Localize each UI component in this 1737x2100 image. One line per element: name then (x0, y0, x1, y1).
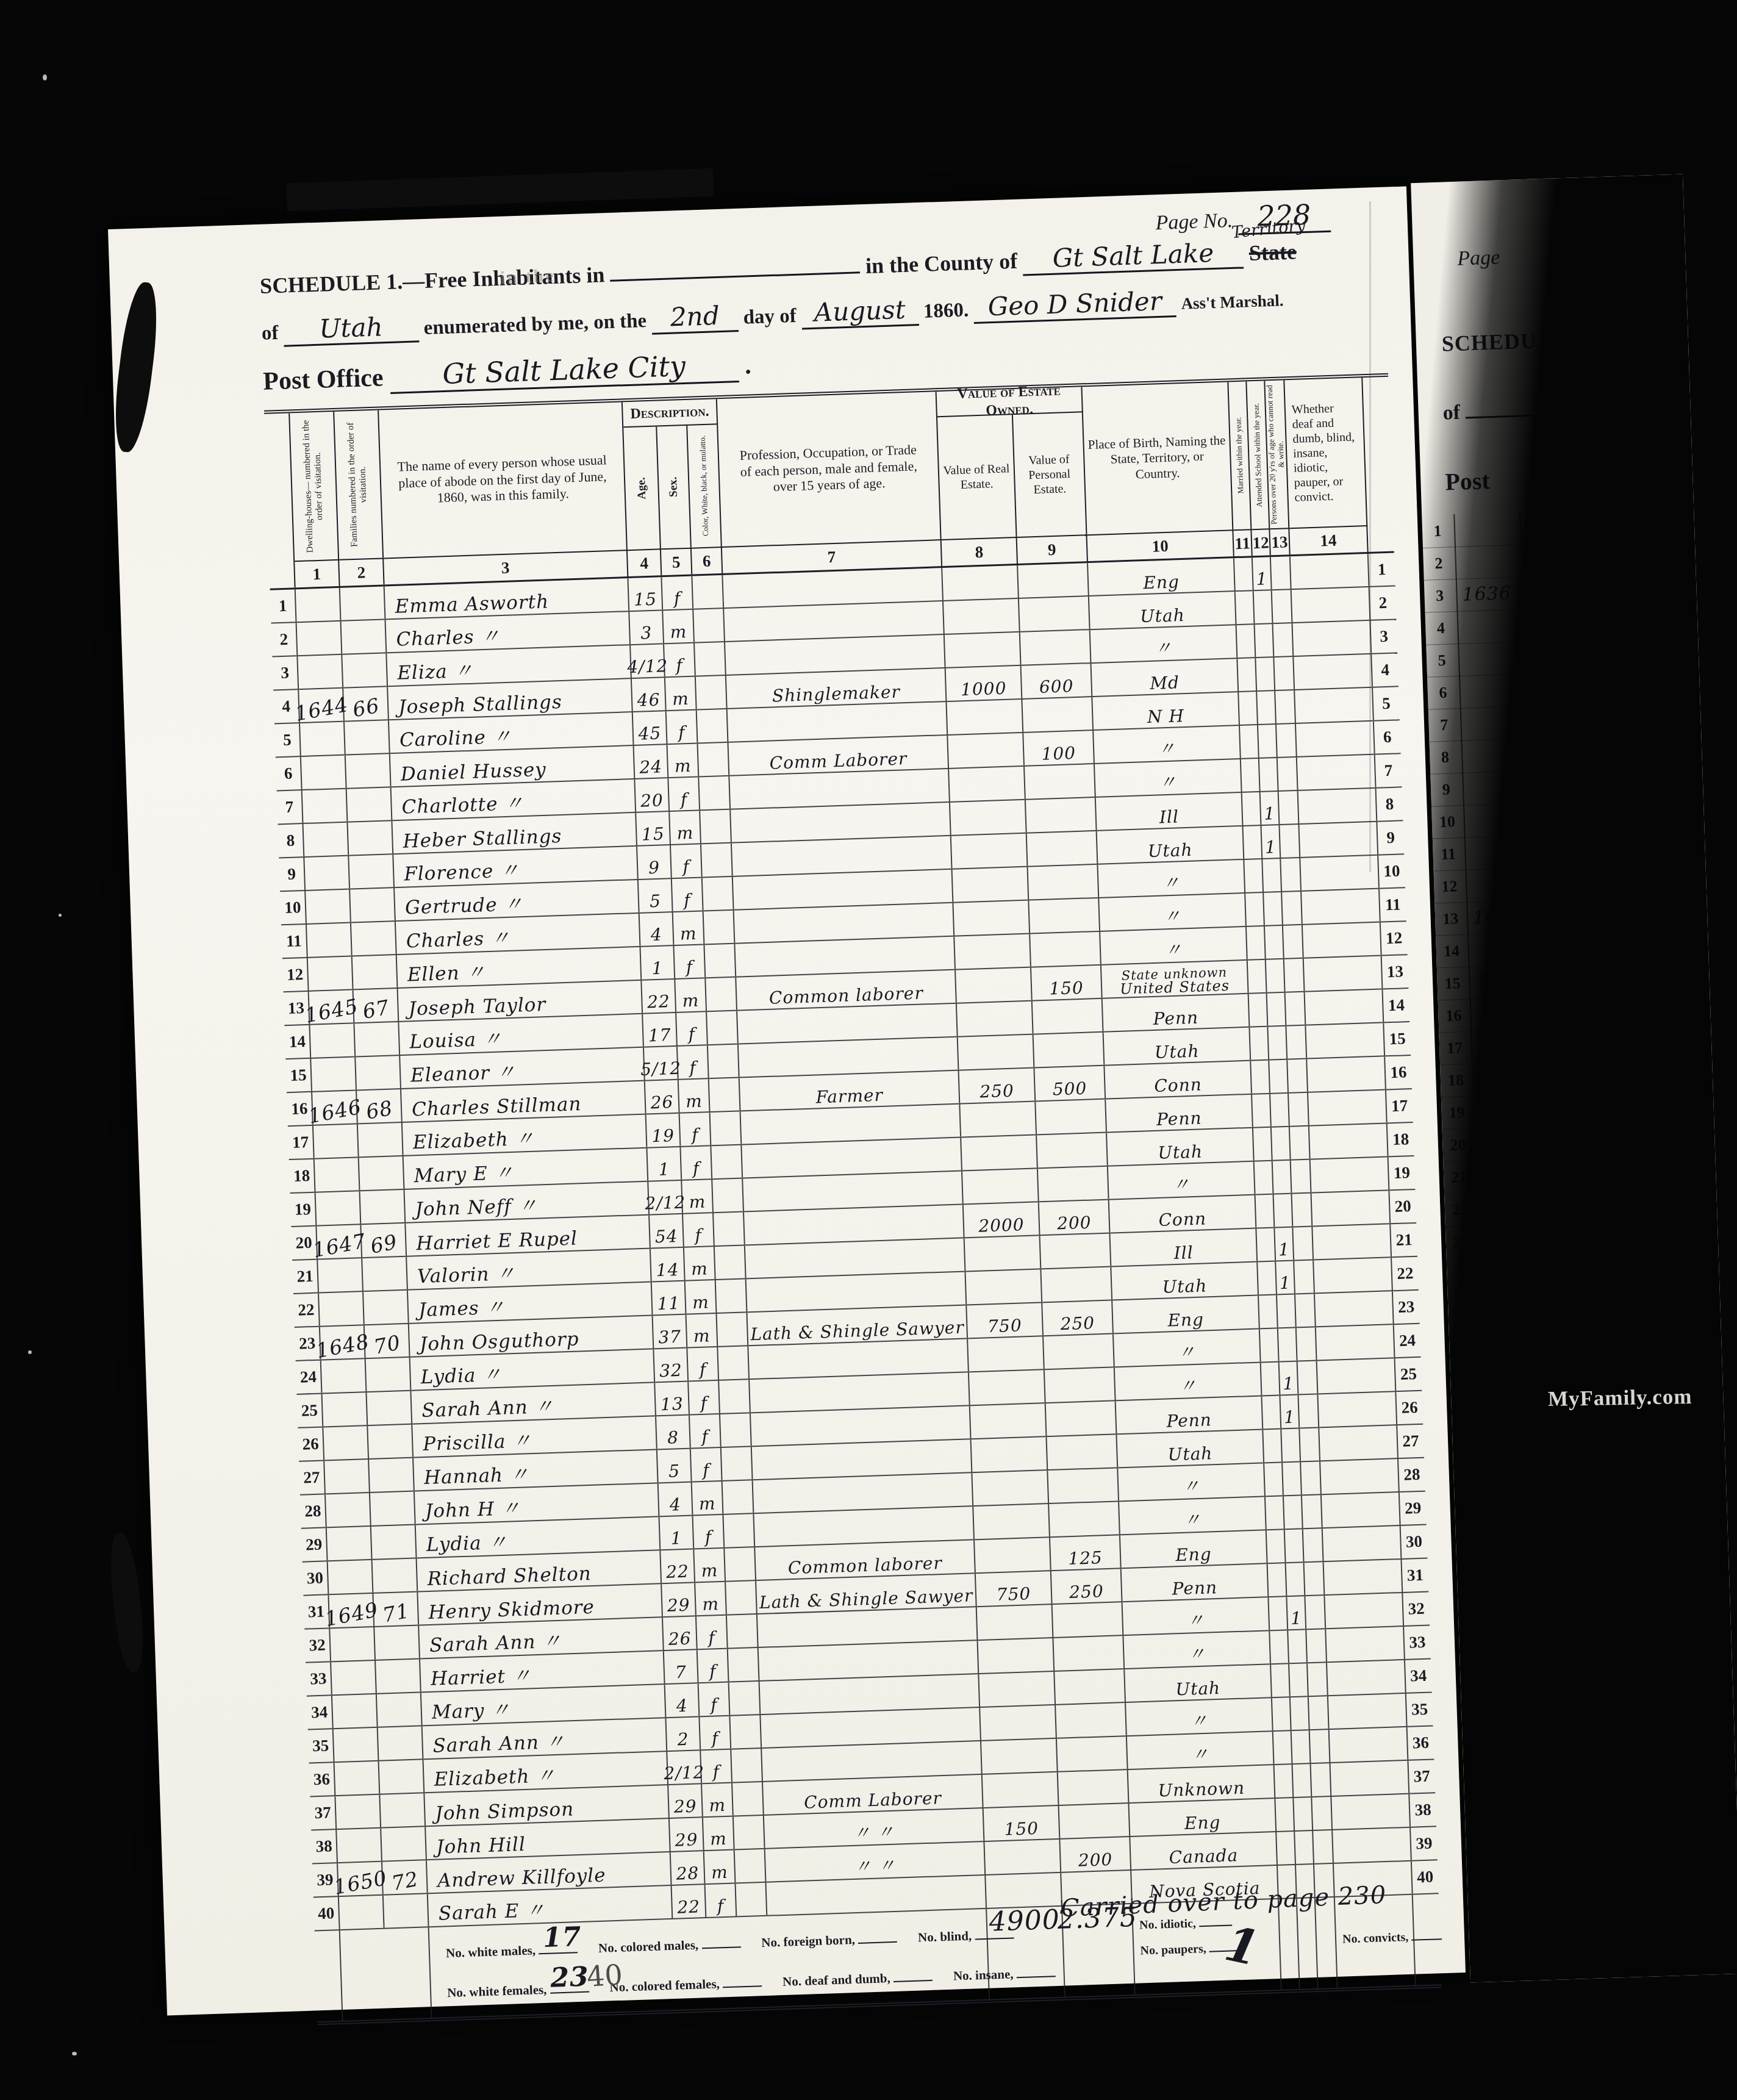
cell-sex: f (676, 1012, 708, 1045)
enumerated-label: enumerated by me, on the (423, 310, 647, 339)
row-number-left: 10 (280, 891, 307, 924)
cell-age: 4/12 (631, 644, 665, 678)
cell-family (368, 1425, 414, 1458)
cell-infirmities (1305, 989, 1384, 1024)
cell-family (353, 955, 398, 989)
cell-infirmities (1306, 1023, 1385, 1058)
of-label: of (261, 322, 279, 345)
cell-married-within-year (1260, 1328, 1280, 1361)
cell-occupation (751, 1406, 972, 1446)
cell-color (695, 642, 726, 676)
cell-sex: f (683, 1213, 715, 1247)
cell-color (730, 1715, 762, 1749)
cell-real-estate: 750 (976, 1571, 1053, 1606)
cell-real-estate (984, 1840, 1061, 1874)
cell-dwelling (300, 722, 346, 756)
row-number-right: 36 (1408, 1726, 1434, 1759)
cell-married-within-year (1268, 1563, 1288, 1596)
scan-speck (72, 2052, 77, 2055)
cell-occupation (733, 870, 954, 909)
cell-dwelling (316, 1191, 362, 1225)
cell-family (356, 1056, 401, 1089)
cell-dwelling (319, 1292, 365, 1325)
cell-sex: f (668, 777, 700, 811)
cell-attended-school (1269, 1060, 1289, 1093)
column-number: 5 (661, 548, 692, 576)
offset-print-ghost: in the (500, 265, 556, 289)
cell-real-estate: 1000 (946, 666, 1023, 701)
cell-cannot-read-write (1298, 1394, 1319, 1427)
row-number-left: 24 (296, 1361, 323, 1394)
cell-personal-estate (1046, 1401, 1117, 1436)
cell-attended-school: 1 (1280, 1361, 1299, 1394)
cell-occupation (754, 1507, 975, 1546)
cell-infirmities (1320, 1459, 1400, 1494)
cell-married-within-year (1263, 1429, 1283, 1462)
cell-family: 67 (354, 989, 399, 1022)
cell-infirmities (1303, 923, 1382, 958)
cell-sex: f (693, 1515, 725, 1549)
cell-occupation (724, 601, 945, 641)
cell-infirmities (1309, 1123, 1389, 1158)
row-number-right: 11 (1380, 888, 1406, 921)
cell-birthplace: Penn (1116, 1396, 1264, 1433)
cell-sex: f (699, 1683, 731, 1716)
cell-sex: f (700, 1716, 731, 1750)
cell-personal-estate (1053, 1636, 1125, 1671)
cell-age: 7 (664, 1650, 699, 1683)
cell-dwelling: 1648 (320, 1325, 366, 1359)
cell-color (716, 1279, 748, 1313)
cell-age: 19 (646, 1114, 681, 1147)
cell-attended-school (1294, 1797, 1313, 1830)
total-real-estate: 4900 (987, 1901, 1065, 1999)
footer-gutter-left (315, 1930, 343, 2021)
cell-cannot-read-write (1282, 892, 1303, 925)
cell-occupation: 〃 〃 (765, 1842, 986, 1882)
cell-married-within-year (1256, 1195, 1275, 1228)
cell-personal-estate: 150 (1031, 966, 1103, 1000)
cell-sex: f (662, 576, 693, 610)
cell-attended-school (1295, 1831, 1314, 1864)
scan-speck (43, 74, 47, 81)
cell-dwelling (326, 1493, 371, 1527)
cell-personal-estate: 200 (1039, 1200, 1111, 1235)
cell-color (711, 1145, 743, 1178)
row-number-left: 36 (309, 1763, 336, 1796)
row-number-left: 5 (274, 723, 301, 756)
cell-family (342, 653, 388, 687)
cell-occupation: Common laborer (755, 1540, 976, 1580)
cell-family (384, 1894, 429, 1927)
cell-attended-school (1277, 1295, 1297, 1328)
col-name-header: The name of every person whose usual pla… (379, 402, 628, 557)
cell-dwelling: 1649 (329, 1594, 374, 1627)
cell-attended-school (1288, 1630, 1308, 1663)
cell-occupation (735, 937, 956, 977)
cell-married-within-year (1253, 1128, 1273, 1161)
cell-dwelling: 1646 (312, 1091, 358, 1124)
cell-personal-estate (1027, 831, 1098, 866)
state-label-struck: State Territory (1248, 240, 1297, 266)
cell-dwelling (303, 789, 348, 823)
col-dwelling-header: Dwelling-houses— numbered in the order o… (290, 412, 339, 561)
cell-married-within-year (1275, 1765, 1294, 1797)
cell-real-estate (960, 1102, 1037, 1136)
cell-birthplace: Eng (1112, 1296, 1260, 1333)
cell-attended-school (1274, 1194, 1294, 1227)
cell-birthplace: Eng (1120, 1530, 1268, 1568)
cell-infirmities (1292, 621, 1372, 656)
cell-personal-estate (1057, 1736, 1128, 1771)
cell-color (720, 1413, 752, 1447)
cell-cannot-read-write (1291, 1160, 1312, 1193)
cell-personal-estate (1025, 764, 1096, 799)
cell-cannot-read-write (1277, 724, 1297, 757)
scanned-census-page: in the Page No. 228 SCHEDULE 1.—Free Inh… (0, 0, 1737, 2100)
cell-age: 20 (635, 778, 670, 812)
census-sheet: in the Page No. 228 SCHEDULE 1.—Free Inh… (108, 186, 1466, 2015)
row-number-right: 3 (1370, 620, 1397, 653)
cell-occupation (739, 1037, 959, 1077)
cell-cannot-read-write (1272, 590, 1293, 623)
cell-personal-estate (1048, 1468, 1119, 1503)
cell-attended-school: 1 (1253, 557, 1272, 590)
row-number-left: 12 (282, 958, 309, 991)
cell-age: 14 (651, 1248, 686, 1281)
row-number-right: 17 (1386, 1089, 1413, 1122)
cell-sex: m (675, 978, 707, 1012)
cell-birthplace: Penn (1106, 1095, 1253, 1132)
cell-age: 1 (647, 1147, 682, 1181)
cell-color (693, 609, 725, 642)
cell-color (704, 944, 736, 978)
cell-personal-estate (1058, 1770, 1130, 1805)
cell-color (731, 1749, 763, 1782)
cell-infirmities (1322, 1493, 1401, 1527)
row-number-right: 29 (1400, 1492, 1427, 1525)
cell-dwelling (298, 655, 343, 689)
row-number-right: 32 (1403, 1593, 1430, 1625)
row-number-right: 4 (1372, 653, 1399, 686)
cell-birthplace: 〃 (1118, 1463, 1266, 1500)
row-number-left: 19 (290, 1193, 317, 1226)
cell-dwelling (337, 1829, 382, 1862)
cell-dwelling (335, 1761, 381, 1795)
cell-dwelling (323, 1392, 368, 1426)
row-number-right: 9 (1377, 821, 1404, 854)
cell-personal-estate (1038, 1167, 1109, 1202)
cell-birthplace: Utah (1104, 1028, 1252, 1065)
cell-married-within-year (1270, 1630, 1289, 1663)
cell-attended-school (1278, 1328, 1298, 1361)
cell-color (715, 1245, 747, 1279)
cell-birthplace: Eng (1130, 1799, 1277, 1836)
cell-occupation (744, 1205, 965, 1244)
marshal-label: Ass't Marshal. (1181, 291, 1284, 313)
cell-birthplace: Ill (1096, 793, 1244, 830)
column-number: 12 (1252, 528, 1270, 556)
cell-real-estate (977, 1605, 1054, 1640)
cell-infirmities (1307, 1056, 1386, 1091)
cell-married-within-year (1252, 1094, 1272, 1127)
row-number-left: 26 (298, 1427, 324, 1460)
cell-color (736, 1883, 768, 1916)
cell-personal-estate (1034, 1033, 1105, 1067)
cell-color (696, 676, 728, 709)
cell-real-estate: 150 (984, 1806, 1061, 1841)
cell-cannot-read-write (1278, 758, 1298, 790)
cell-color (717, 1313, 749, 1346)
row-number-right: 1 (1369, 553, 1395, 586)
col-sex-header: Sex. (657, 426, 692, 549)
day-of-label: day of (743, 305, 797, 329)
cell-birthplace: Conn (1105, 1061, 1252, 1098)
cell-married-within-year (1241, 759, 1261, 792)
row-number-right: 25 (1395, 1358, 1422, 1391)
cell-age: 22 (661, 1549, 695, 1583)
cell-cannot-read-write (1294, 1260, 1315, 1293)
cell-personal-estate (1047, 1435, 1119, 1469)
cell-family: 72 (382, 1860, 428, 1894)
cell-attended-school (1272, 1127, 1291, 1160)
cell-married-within-year (1242, 792, 1262, 825)
cell-family (346, 754, 392, 787)
marshal-value: Geo D Snider (973, 285, 1177, 324)
cell-occupation: Lath & Shingle Sawyer (747, 1305, 968, 1345)
cell-birthplace: 〃 (1127, 1732, 1275, 1769)
cell-family (347, 787, 393, 821)
column-number: 13 (1270, 528, 1290, 555)
cell-attended-school (1270, 1094, 1290, 1127)
cell-infirmities (1314, 1258, 1393, 1292)
cell-age: 32 (654, 1349, 689, 1382)
cell-birthplace: Utah (1107, 1128, 1255, 1166)
footer-empty-left (340, 1927, 432, 2021)
cell-occupation (759, 1641, 980, 1680)
cell-family (359, 1156, 405, 1190)
cell-age: 11 (652, 1281, 687, 1315)
cell-family: 69 (361, 1224, 407, 1257)
row-number-left: 30 (303, 1561, 329, 1594)
cell-married-within-year (1248, 960, 1267, 993)
cell-dwelling (297, 622, 343, 655)
cell-sex: m (702, 1783, 734, 1817)
cell-occupation (766, 1876, 987, 1915)
cell-age: 4 (659, 1482, 693, 1516)
cell-birthplace: Utah (1089, 592, 1237, 629)
cell-occupation (760, 1674, 981, 1714)
cell-sex: m (686, 1280, 717, 1314)
cell-attended-school (1292, 1730, 1311, 1763)
cell-occupation (748, 1339, 969, 1378)
cell-sex: f (687, 1347, 719, 1381)
cell-infirmities (1302, 889, 1381, 924)
cell-attended-school: 1 (1261, 792, 1280, 825)
cell-sex: f (701, 1750, 732, 1783)
cell-dwelling (331, 1661, 377, 1694)
column-number: 4 (628, 548, 662, 576)
day-value: 2nd (651, 300, 739, 335)
page-crease (1369, 201, 1371, 872)
cell-dwelling (321, 1359, 367, 1392)
cell-family (348, 821, 393, 855)
row-number-left: 1 (270, 589, 297, 622)
cell-family: 71 (373, 1592, 419, 1625)
row-number-right: 15 (1384, 1022, 1411, 1055)
cell-infirmities (1300, 856, 1380, 891)
cell-occupation: Comm Laborer (763, 1775, 984, 1815)
cell-personal-estate: 125 (1050, 1535, 1122, 1570)
cell-sex: m (668, 744, 700, 778)
cell-age: 46 (632, 678, 667, 711)
cell-cannot-read-write (1298, 1361, 1319, 1394)
cell-age: 29 (668, 1784, 703, 1818)
cell-dwelling: 1644 (299, 689, 345, 722)
cell-infirmities (1316, 1325, 1395, 1360)
cell-married-within-year (1272, 1697, 1292, 1730)
next-page-sliver: Page SCHEDU of Post 12316364567891011121… (1411, 174, 1737, 1982)
cell-occupation (732, 836, 953, 876)
cell-married-within-year (1237, 658, 1257, 691)
row-number-left: 18 (289, 1159, 316, 1192)
col-occupation-header: Profession, Occupation, or Trade of each… (717, 392, 942, 547)
cell-family (380, 1793, 426, 1827)
cell-dwelling (318, 1258, 364, 1292)
cell-married-within-year (1261, 1362, 1281, 1395)
cell-cannot-read-write (1305, 1596, 1326, 1629)
cell-sex: f (672, 878, 704, 911)
cell-birthplace: 〃 (1094, 726, 1241, 763)
cell-family (358, 1123, 404, 1156)
cell-attended-school (1284, 1496, 1303, 1528)
cell-cannot-read-write (1295, 1294, 1316, 1327)
cell-cannot-read-write (1290, 1127, 1311, 1159)
row-number-left: 28 (300, 1494, 327, 1527)
cell-color (729, 1682, 761, 1715)
cell-age: 17 (643, 1013, 678, 1047)
cell-attended-school (1259, 758, 1279, 791)
row-number-right: 13 (1382, 955, 1409, 988)
cell-attended-school (1286, 1563, 1306, 1596)
cell-color (699, 776, 731, 810)
cell-age: 2/12 (667, 1751, 702, 1784)
cell-married-within-year (1236, 591, 1255, 624)
cell-occupation (757, 1607, 978, 1647)
cell-cannot-read-write (1283, 925, 1304, 958)
cell-real-estate (978, 1638, 1055, 1673)
cell-color (700, 810, 732, 844)
cell-sex: m (694, 1549, 726, 1582)
cell-married-within-year (1277, 1832, 1296, 1865)
cell-age: 26 (663, 1616, 698, 1650)
cell-real-estate (972, 1437, 1048, 1472)
col-color-header: Color, White, black, or mulatto. (687, 425, 722, 548)
cell-real-estate (945, 633, 1022, 667)
cell-infirmities (1311, 1191, 1391, 1225)
cell-age: 29 (662, 1583, 697, 1616)
cell-age: 1 (641, 946, 676, 980)
cell-cannot-read-write (1300, 1428, 1320, 1461)
cell-attended-school: 1 (1261, 825, 1281, 858)
cell-infirmities (1311, 1157, 1390, 1192)
cell-attended-school (1293, 1764, 1313, 1797)
cell-sex: m (695, 1582, 727, 1616)
cell-infirmities (1327, 1660, 1406, 1695)
cell-cannot-read-write (1271, 556, 1292, 589)
cell-dwelling (296, 588, 342, 622)
cell-personal-estate (1037, 1133, 1108, 1168)
cell-birthplace: Canada (1130, 1832, 1278, 1869)
scan-speck (28, 1350, 32, 1354)
cell-personal-estate (1044, 1334, 1115, 1369)
cell-attended-school: 1 (1280, 1395, 1300, 1428)
cell-sex: f (667, 711, 698, 744)
cell-cannot-read-write (1310, 1730, 1331, 1763)
cell-birthplace: 〃 (1100, 927, 1248, 964)
month-value: August (801, 294, 919, 329)
scan-shadow (1411, 174, 1737, 1982)
cell-family (367, 1391, 412, 1425)
cell-occupation (750, 1372, 970, 1412)
cell-attended-school: 1 (1287, 1596, 1306, 1629)
row-number-left: 15 (285, 1059, 312, 1092)
cell-married-within-year (1266, 1496, 1285, 1529)
cell-cannot-read-write (1303, 1528, 1324, 1561)
cell-married-within-year (1250, 1027, 1269, 1060)
cell-infirmities (1299, 822, 1378, 857)
cell-age: 22 (672, 1885, 707, 1918)
cell-infirmities (1315, 1291, 1394, 1326)
cell-dwelling: 1647 (317, 1225, 362, 1258)
row-number-right: 28 (1399, 1458, 1425, 1491)
cell-real-estate (975, 1538, 1051, 1572)
cell-dwelling (304, 856, 350, 890)
cell-infirmities (1324, 1560, 1403, 1594)
cell-occupation (734, 903, 955, 943)
cell-age: 2 (666, 1717, 701, 1751)
cell-age: 26 (645, 1080, 680, 1114)
cell-married-within-year (1243, 826, 1262, 859)
cell-real-estate (968, 1336, 1045, 1371)
cell-birthplace: 〃 (1114, 1329, 1261, 1366)
cell-cannot-read-write (1275, 690, 1296, 723)
cell-family: 66 (343, 687, 389, 720)
cell-cannot-read-write (1302, 1495, 1323, 1528)
row-number-right: 12 (1381, 922, 1408, 955)
cell-cannot-read-write (1293, 1227, 1314, 1260)
cell-cannot-read-write (1273, 623, 1294, 656)
cell-personal-estate: 250 (1042, 1300, 1114, 1335)
column-number: 2 (339, 557, 384, 586)
cell-birthplace: 〃 (1123, 1597, 1270, 1635)
cell-age: 8 (656, 1416, 691, 1449)
cell-occupation (743, 1172, 964, 1211)
cell-occupation (745, 1238, 966, 1278)
cell-infirmities (1333, 1828, 1412, 1863)
cell-married-within-year (1264, 1463, 1284, 1496)
cell-real-estate (954, 934, 1031, 969)
row-number-right: 27 (1397, 1425, 1424, 1458)
cell-sex: f (674, 945, 706, 978)
cell-married-within-year (1234, 557, 1254, 590)
cell-personal-estate (1029, 898, 1100, 933)
census-table: Dwelling-houses— numbered in the order o… (264, 373, 1442, 2026)
cell-real-estate (949, 767, 1026, 801)
cell-real-estate: 750 (967, 1303, 1044, 1338)
row-number-right: 2 (1370, 586, 1397, 619)
cell-personal-estate (1059, 1804, 1131, 1838)
